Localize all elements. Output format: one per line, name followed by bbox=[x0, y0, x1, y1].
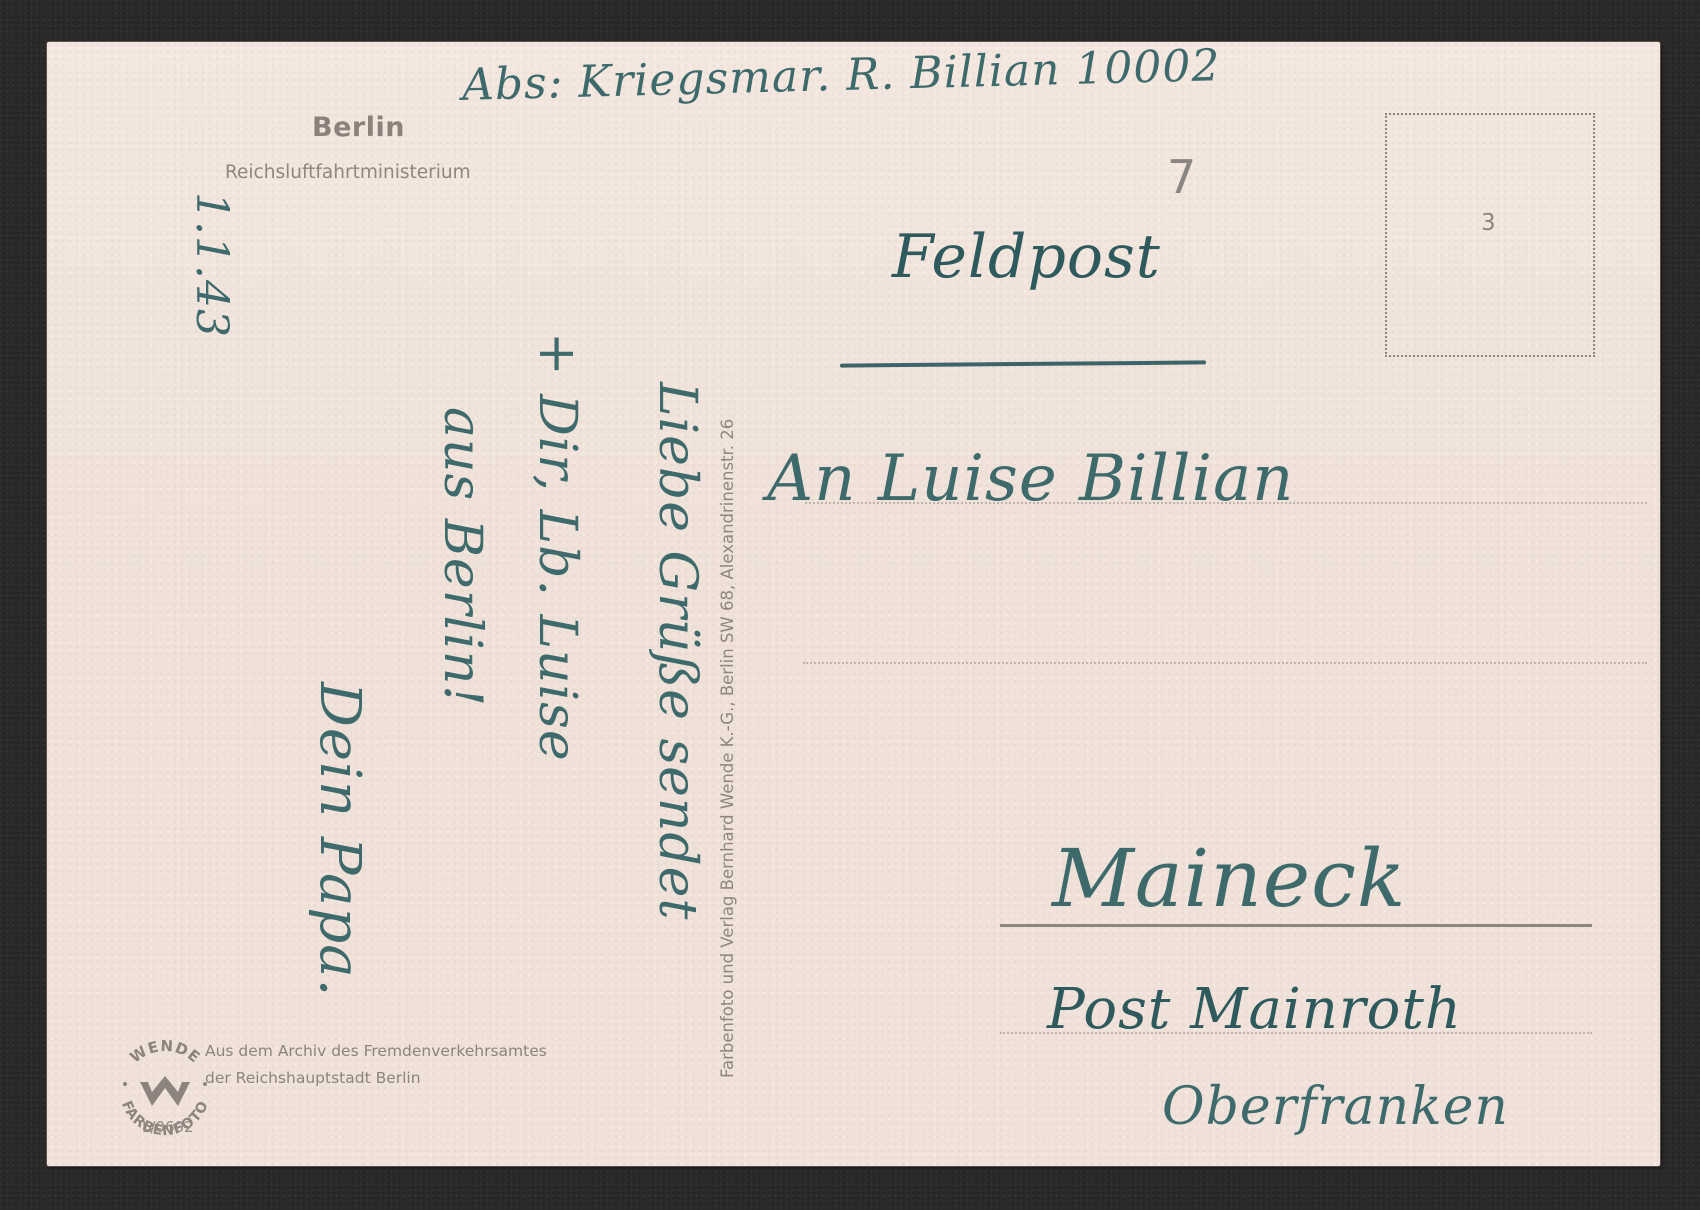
publisher-imprint: Farbenfoto und Verlag Bernhard Wende K.-… bbox=[718, 419, 737, 1078]
message-date: 1.1.43 bbox=[186, 192, 237, 338]
feldpost-underline bbox=[840, 360, 1206, 367]
message-signature: Dein Papa. bbox=[307, 682, 372, 997]
pencil-mark: 7 bbox=[1167, 150, 1196, 204]
stamp-box-number: 3 bbox=[1481, 210, 1496, 236]
message-line-2: + Dir, Lb. Luise bbox=[527, 332, 587, 762]
message-line-3: aus Berlin! bbox=[432, 407, 492, 707]
recipient-region: Oberfranken bbox=[1162, 1077, 1509, 1137]
sender-address: Abs: Kriegsmar. R. Billian 10002 bbox=[461, 40, 1221, 111]
recipient-name: An Luise Billian bbox=[767, 442, 1294, 516]
recipient-post-office: Post Mainroth bbox=[1047, 977, 1462, 1042]
archive-credit-line-1: Aus dem Archiv des Fremdenverkehrsamtes bbox=[205, 1042, 547, 1060]
svg-text:WENDE: WENDE bbox=[127, 1040, 204, 1067]
feldpost-label: Feldpost bbox=[892, 222, 1161, 292]
serial-number: L/0602 bbox=[142, 1118, 194, 1136]
archive-credit-line-2: der Reichshauptstadt Berlin bbox=[205, 1069, 421, 1087]
card-subtitle: Reichsluftfahrtministerium bbox=[225, 162, 471, 183]
postcard: Berlin Reichsluftfahrtministerium Farben… bbox=[47, 42, 1660, 1166]
address-line-2 bbox=[803, 662, 1647, 664]
message-line-1: Liebe Grüße sendet bbox=[647, 382, 707, 920]
stamp-box: 3 bbox=[1385, 113, 1595, 357]
recipient-town: Maineck bbox=[1052, 832, 1406, 925]
card-title: Berlin bbox=[312, 112, 405, 143]
